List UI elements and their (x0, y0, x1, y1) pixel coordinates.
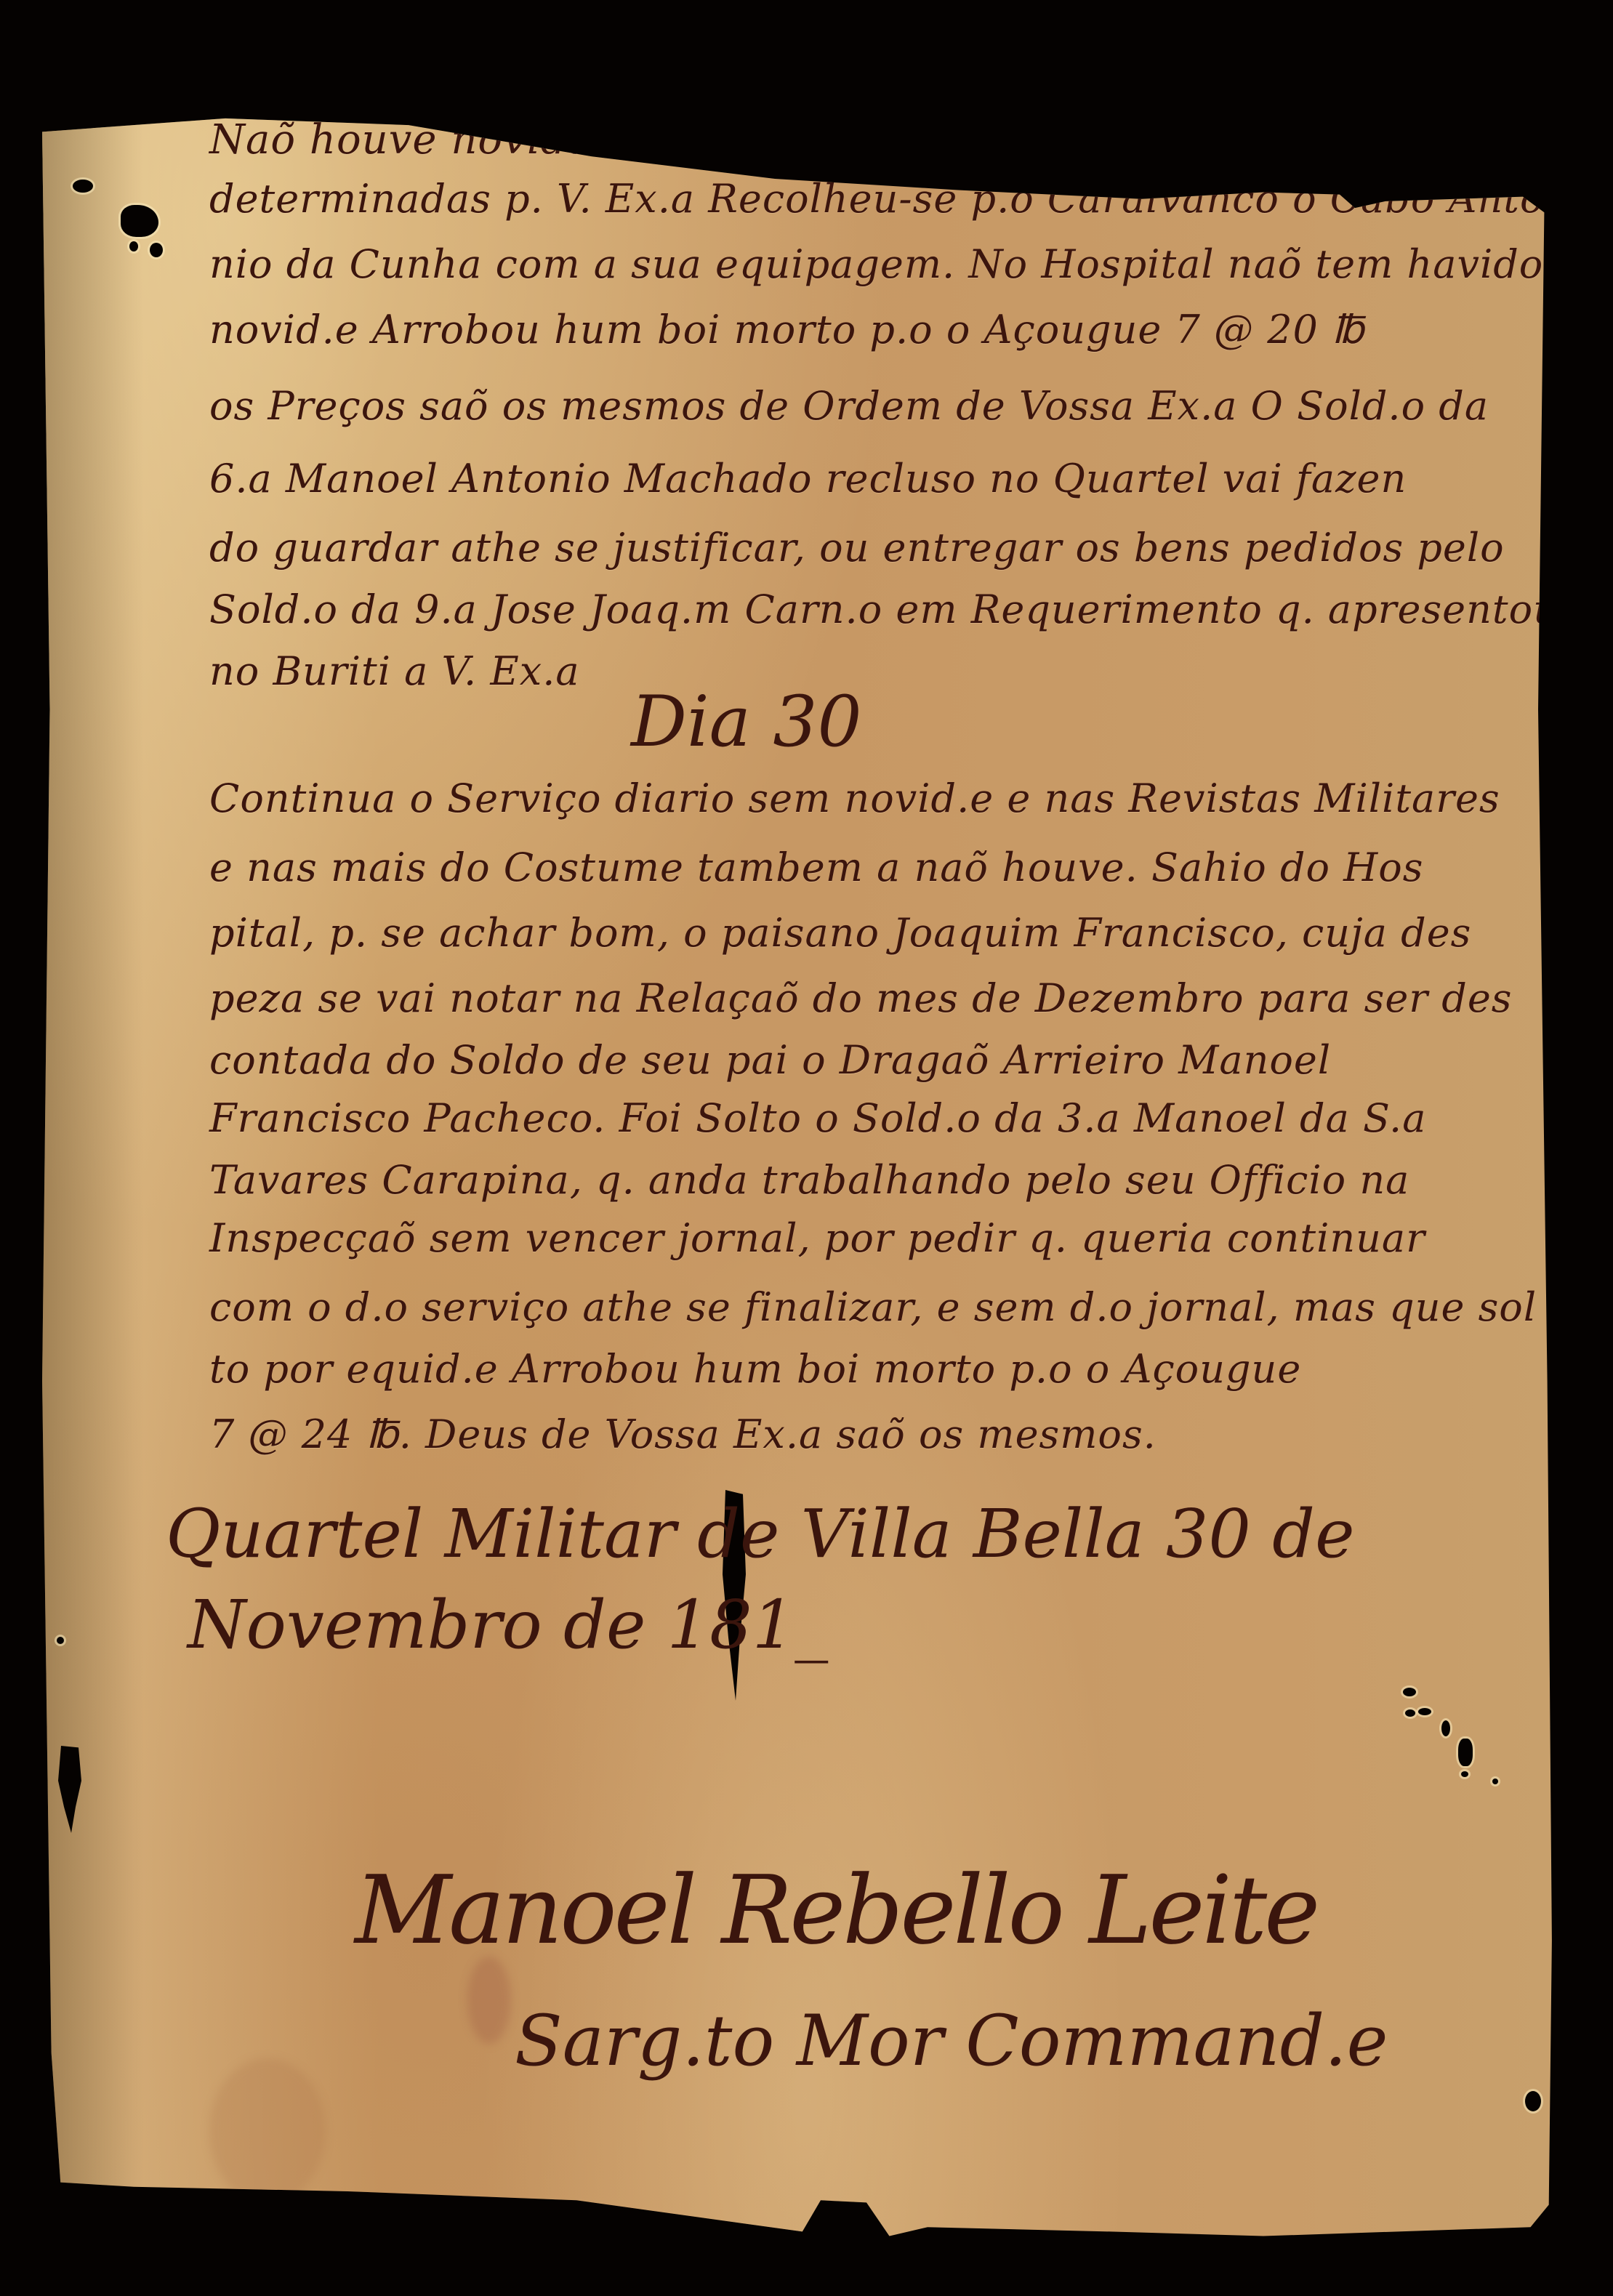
entry-heading-day-30: Dia 30 (631, 681, 862, 762)
water-stain (209, 2058, 326, 2204)
worm-hole (121, 205, 158, 237)
text-line: os Preços saõ os mesmos de Ordem de Voss… (209, 383, 1489, 429)
worm-hole (1441, 1720, 1450, 1736)
text-line: 6.a Manoel Antonio Machado recluso no Qu… (209, 456, 1407, 502)
text-line: nio da Cunha com a sua equipagem. No Hos… (209, 241, 1543, 287)
worm-hole (57, 1637, 64, 1644)
text-line: do guardar athe se justificar, ou entreg… (209, 525, 1505, 571)
text-line: to por equid.e Arrobou hum boi morto p.o… (209, 1346, 1301, 1392)
edge-hole (1525, 2091, 1541, 2111)
text-line: com o d.o serviço athe se finalizar, e s… (209, 1284, 1537, 1330)
ink-stain (467, 1957, 511, 2044)
closing-month-year: Novembro de 181_ (188, 1586, 828, 1664)
text-line: Sold.o da 9.a Jose Joaq.m Carn.o em Requ… (209, 587, 1559, 632)
text-line: Tavares Carapina, q. anda trabalhando pe… (209, 1157, 1409, 1203)
worm-hole (150, 243, 163, 257)
text-line: 7 @ 24 ℔. Deus de Vossa Ex.a saõ os mesm… (209, 1411, 1157, 1457)
page-edge-shadow (42, 38, 144, 2276)
entry-heading-day-29: Dia 29 (595, 67, 826, 148)
worm-hole (1458, 1739, 1473, 1766)
text-line: novid.e Arrobou hum boi morto p.o o Açou… (209, 307, 1364, 353)
worm-hole (73, 180, 93, 193)
text-line: pital, p. se achar bom, o paisano Joaqui… (209, 910, 1471, 956)
text-line: Francisco Pacheco. Foi Solto o Sold.o da… (209, 1095, 1426, 1141)
signature-title: Sarg.to Mor Command.e (515, 2000, 1388, 2082)
text-line: e nas mais do Costume tambem a naõ houve… (209, 845, 1423, 890)
text-line: Inspecçaõ sem vencer jornal, por pedir q… (209, 1215, 1425, 1261)
worm-hole (1492, 1779, 1498, 1784)
text-line: Naõ houve novidade nas Revistas Militare… (209, 116, 1487, 164)
text-line: contada do Soldo de seu pai o Dragaõ Arr… (209, 1037, 1331, 1083)
worm-hole (1405, 1709, 1415, 1717)
closing-place-date: Quartel Militar de Villa Bella 30 de (166, 1495, 1355, 1573)
text-line: Continua o Serviço diario sem novid.e e … (209, 776, 1500, 821)
worm-hole (1461, 1771, 1468, 1777)
text-line: peza se vai notar na Relaçaõ do mes de D… (209, 975, 1513, 1021)
manuscript-page: Dia 29 Naõ houve novidade nas Revistas M… (42, 38, 1569, 2276)
worm-hole (1418, 1708, 1431, 1715)
text-line: no Buriti a V. Ex.a (209, 648, 580, 694)
worm-hole (1403, 1688, 1416, 1696)
text-line: determinadas p. V. Ex.a Recolheu-se p.o … (209, 176, 1545, 222)
worm-hole (129, 241, 138, 251)
signature-name: Manoel Rebello Leite (355, 1855, 1317, 1965)
